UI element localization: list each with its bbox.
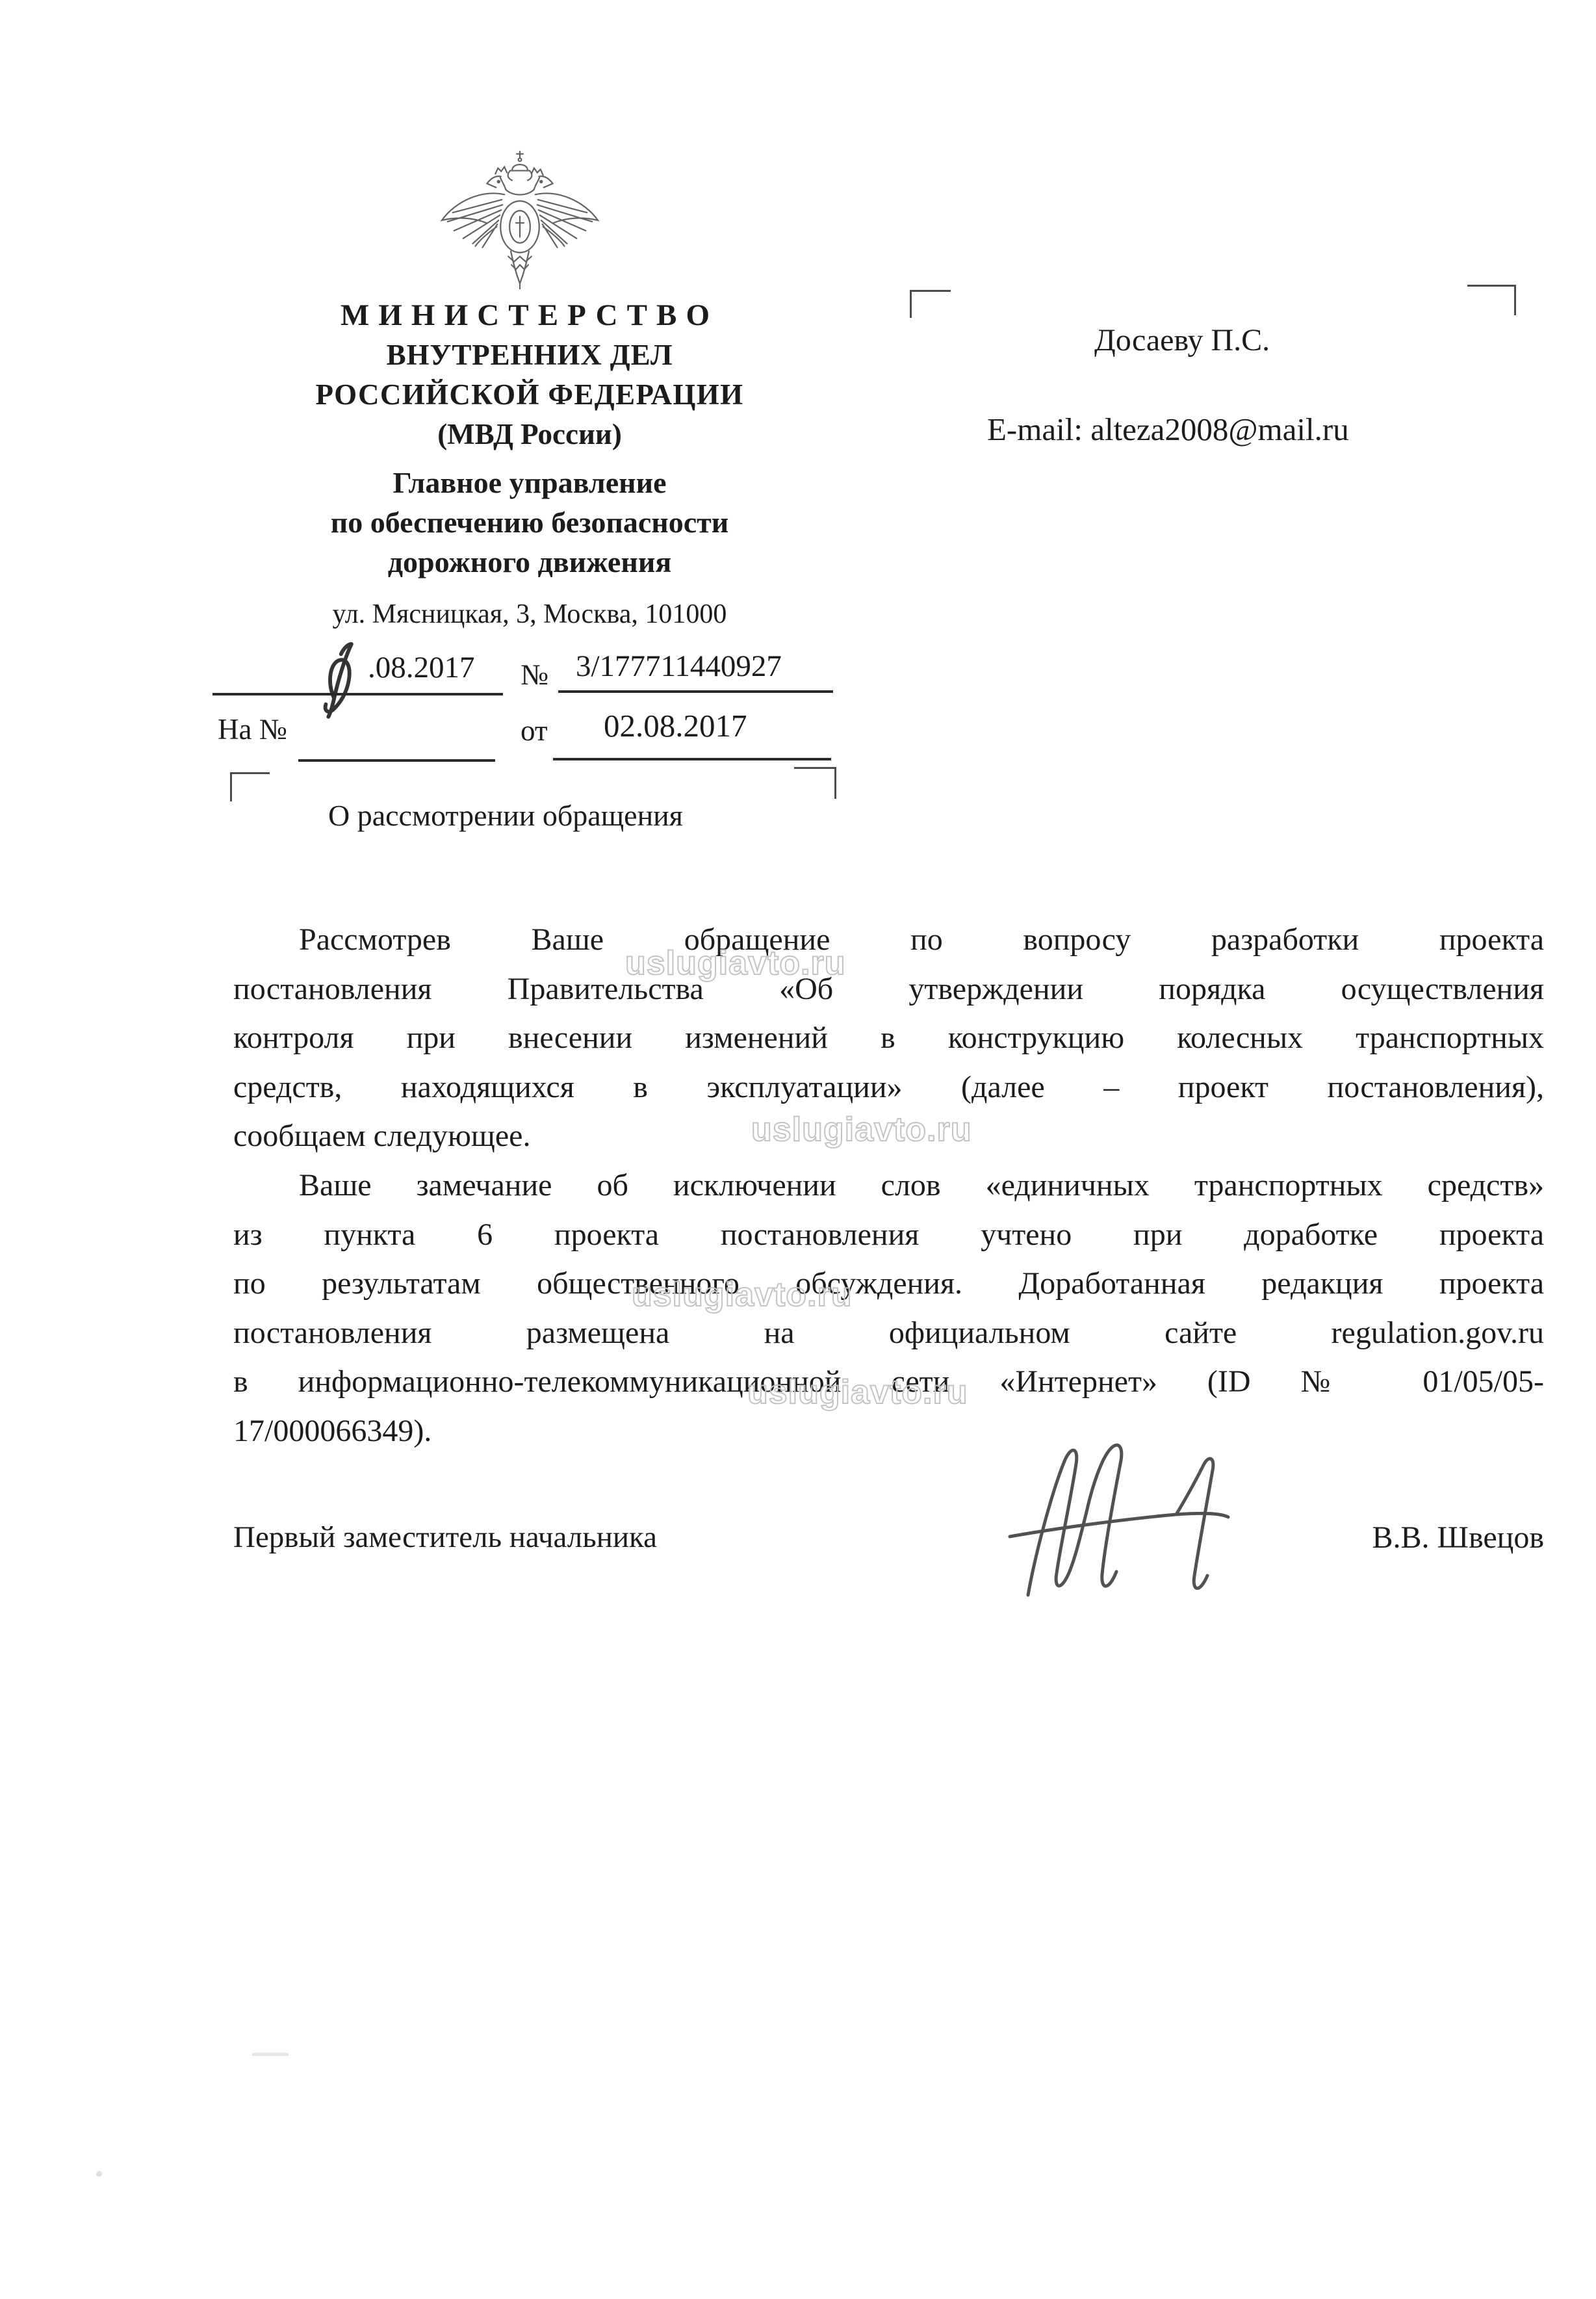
handwritten-day-10	[311, 641, 368, 719]
scanned-letter-page: МИНИСТЕРСТВО ВНУТРЕННИХ ДЕЛ РОССИЙСКОЙ Ф…	[0, 0, 1596, 2299]
outgoing-date-suffix: .08.2017	[368, 650, 475, 685]
body-line: 17/000066349).	[233, 1407, 1544, 1456]
letterhead: МИНИСТЕРСТВО ВНУТРЕННИХ ДЕЛ РОССИЙСКОЙ Ф…	[221, 0, 838, 650]
body-line: в информационно-телекоммуникационной сет…	[233, 1357, 1544, 1407]
number-underline	[558, 690, 833, 693]
ministry-name-line3: РОССИЙСКОЙ ФЕДЕРАЦИИ	[221, 378, 838, 411]
body-line: постановления размещена на официальном с…	[233, 1308, 1544, 1358]
signer-name: В.В. Швецов	[1326, 1520, 1544, 1555]
department-name-line1: Главное управление	[221, 465, 838, 500]
department-name-line2: по обеспечению безопасности	[221, 505, 838, 539]
subject-field-corner-right-icon	[794, 767, 836, 799]
ministry-name-line2: ВНУТРЕННИХ ДЕЛ	[221, 338, 838, 372]
subject-line: О рассмотрении обращения	[328, 798, 683, 833]
recipient-email: E-mail: alteza2008@mail.ru	[987, 411, 1349, 448]
address-line: ул. Мясницкая, 3, Москва, 101000	[221, 599, 838, 630]
signer-position-title: Первый заместитель начальника	[233, 1520, 657, 1555]
body-line: Ваше замечание об исключении слов «едини…	[233, 1161, 1544, 1210]
letter-body: Рассмотрев Ваше обращение по вопросу раз…	[233, 915, 1544, 1456]
reply-ref-label: На №	[218, 712, 287, 746]
body-line: контроля при внесении изменений в констр…	[233, 1013, 1544, 1063]
department-name-line3: дорожного движения	[221, 545, 838, 579]
body-line: по результатам общественного обсуждения.…	[233, 1259, 1544, 1308]
ministry-abbreviation: (МВД России)	[221, 417, 838, 451]
body-line: средств, находящихся в эксплуатации» (да…	[233, 1063, 1544, 1112]
ministry-name-line1: МИНИСТЕРСТВО	[221, 298, 838, 333]
recipient-field-corner-right-icon	[1467, 285, 1516, 315]
date-underline	[212, 693, 503, 695]
subject-field-corner-left-icon	[230, 772, 270, 801]
reply-date-label: от	[521, 714, 548, 747]
reply-date-value: 02.08.2017	[604, 707, 747, 744]
reply-date-underline	[553, 758, 831, 760]
body-line: из пункта 6 проекта постановления учтено…	[233, 1210, 1544, 1260]
body-line: постановления Правительства «Об утвержде…	[233, 965, 1544, 1014]
reply-ref-blank-underline	[298, 759, 495, 762]
recipient-field-corner-left-icon	[910, 290, 951, 318]
scan-artifact	[252, 2053, 289, 2056]
number-label: №	[521, 658, 548, 692]
handwritten-signature-icon	[950, 1435, 1236, 1611]
body-line: Рассмотрев Ваше обращение по вопросу раз…	[233, 915, 1544, 965]
body-line: сообщаем следующее.	[233, 1111, 1544, 1161]
recipient-name: Досаеву П.С.	[1094, 322, 1270, 358]
scan-artifact	[96, 2171, 102, 2177]
outgoing-number-value: 3/177711440927	[576, 649, 782, 684]
